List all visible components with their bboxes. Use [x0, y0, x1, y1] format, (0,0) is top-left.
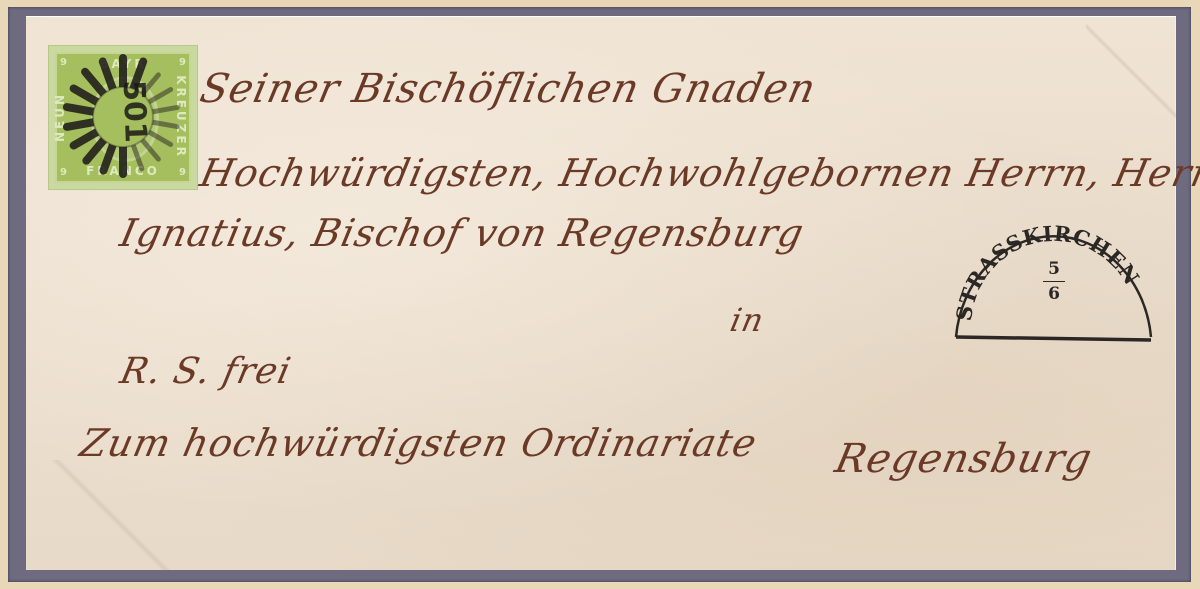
address-line-ordinariate: Zum hochwürdigsten Ordinariate — [76, 421, 761, 465]
folded-corner-bottom-left — [26, 460, 196, 570]
address-line-honorifics: Hochwürdigsten, Hochwohlgebornen Herrn, … — [196, 151, 1200, 195]
envelope-cover: 9 9 9 9 BAYR FRANCO NEUN KREUZER — [26, 16, 1176, 570]
postage-free-note: R. S. frei — [117, 351, 295, 392]
half-circle-postmark: STRASSKIRCHEN 5 6 — [951, 209, 1156, 344]
postmark-day: 5 — [1048, 259, 1060, 279]
address-line-recipient: Ignatius, Bischof von Regensburg — [116, 211, 808, 255]
address-line-salutation: Seiner Bischöflichen Gnaden — [196, 66, 820, 112]
folded-corner-top-right — [1086, 16, 1176, 126]
address-line-in: in — [727, 301, 768, 339]
date-separator — [1043, 281, 1065, 282]
postmark-month: 6 — [1048, 284, 1060, 304]
destination-city: Regensburg — [831, 436, 1096, 482]
postage-stamp: 9 9 9 9 BAYR FRANCO NEUN KREUZER — [48, 45, 198, 190]
cancel-number: 501 — [116, 80, 153, 144]
postmark-date: 5 6 — [1039, 259, 1069, 304]
